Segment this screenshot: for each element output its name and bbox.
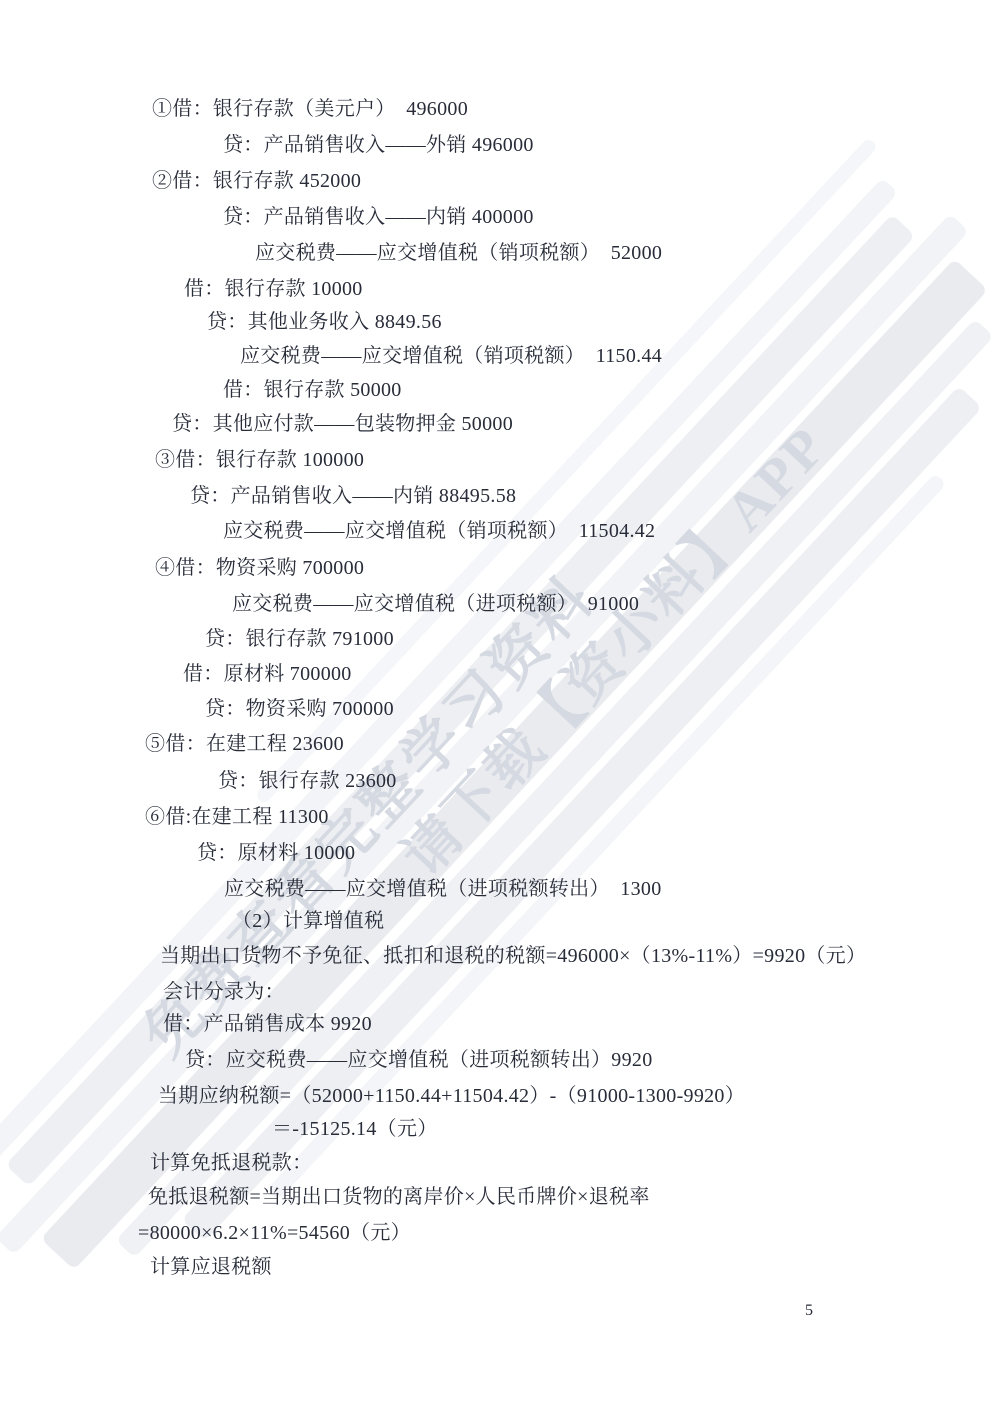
document-content: ①借：银行存款（美元户） 496000贷：产品销售收入——外销 496000②借…: [0, 0, 993, 1403]
document-line: 应交税费——应交增值税（销项税额） 1150.44: [240, 344, 662, 368]
document-line: ②借：银行存款 452000: [152, 169, 361, 193]
document-line: 贷：应交税费——应交增值税（进项税额转出）9920: [185, 1048, 653, 1072]
document-page: 免费查看完整学习资料 请下载【资小料】APP ①借：银行存款（美元户） 4960…: [0, 0, 993, 1403]
document-line: ⑥借:在建工程 11300: [145, 805, 329, 829]
document-line: 贷：银行存款 791000: [205, 627, 394, 651]
document-line: 应交税费——应交增值税（进项税额转出） 1300: [224, 877, 662, 901]
document-line: 借：银行存款 50000: [223, 378, 402, 402]
document-line: 当期应纳税额=（52000+1150.44+11504.42）-（91000-1…: [158, 1084, 745, 1108]
document-line: 应交税费——应交增值税（销项税额） 52000: [255, 241, 662, 265]
page-number: 5: [805, 1302, 813, 1320]
document-line: 当期出口货物不予免征、抵扣和退税的税额=496000×（13%-11%）=992…: [160, 944, 866, 968]
document-line: 会计分录为：: [163, 980, 285, 1004]
document-line: 借：原材料 700000: [183, 662, 352, 686]
document-line: ＝-15125.14（元）: [272, 1117, 438, 1141]
document-line: 贷：物资采购 700000: [205, 697, 394, 721]
document-line: =80000×6.2×11%=54560（元）: [138, 1221, 411, 1245]
document-line: 贷：原材料 10000: [197, 841, 355, 865]
document-line: 贷：产品销售收入——内销 88495.58: [190, 484, 516, 508]
document-line: 贷：银行存款 23600: [218, 769, 397, 793]
document-line: ①借：银行存款（美元户） 496000: [152, 97, 468, 121]
document-line: 贷：产品销售收入——外销 496000: [223, 133, 534, 157]
document-line: （2）计算增值税: [232, 909, 384, 933]
document-line: 贷：其他业务收入 8849.56: [207, 310, 442, 334]
document-line: 计算应退税额: [150, 1255, 272, 1279]
document-line: 计算免抵退税款：: [150, 1151, 312, 1175]
document-line: 贷：产品销售收入——内销 400000: [223, 205, 534, 229]
document-line: ③借：银行存款 100000: [155, 448, 364, 472]
document-line: 免抵退税额=当期出口货物的离岸价×人民币牌价×退税率: [148, 1185, 650, 1209]
document-line: ④借：物资采购 700000: [155, 556, 364, 580]
document-line: ⑤借：在建工程 23600: [145, 732, 344, 756]
document-line: 应交税费——应交增值税（进项税额） 91000: [232, 592, 639, 616]
document-line: 借：产品销售成本 9920: [163, 1012, 372, 1036]
document-line: 贷：其他应付款——包装物押金 50000: [172, 412, 513, 436]
document-line: 借：银行存款 10000: [184, 277, 363, 301]
document-line: 应交税费——应交增值税（销项税额） 11504.42: [223, 519, 655, 543]
